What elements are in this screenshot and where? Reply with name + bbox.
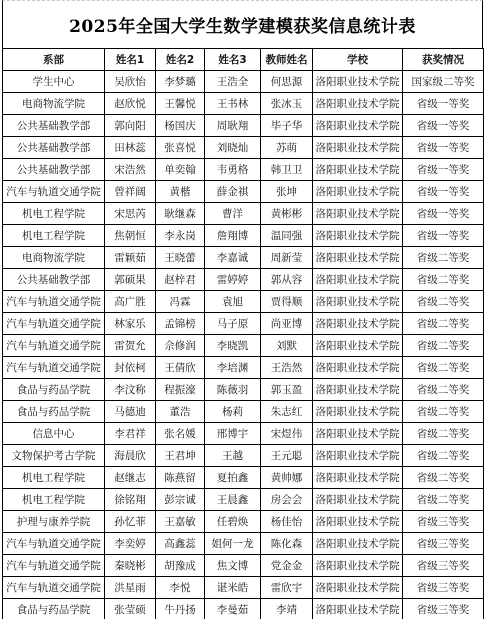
cell-teacher[interactable]: 党金金 [261,555,313,577]
cell-award[interactable]: 省级三等奖 [403,533,484,555]
cell-name1[interactable]: 林家乐 [105,313,156,335]
cell-name3[interactable]: 韦勇格 [205,159,261,181]
cell-dept[interactable]: 汽车与轨道交通学院 [3,577,105,599]
cell-name2[interactable]: 张名媛 [156,423,205,445]
cell-name2[interactable]: 高鑫蕊 [156,533,205,555]
cell-award[interactable]: 省级二等奖 [403,401,484,423]
cell-name1[interactable]: 李君祥 [105,423,156,445]
header-teacher[interactable]: 教师姓名 [261,49,313,71]
cell-name2[interactable]: 董浩 [156,401,205,423]
cell-name3[interactable]: 李曼茹 [205,599,261,619]
cell-school[interactable]: 洛阳职业技术学院 [313,489,403,511]
cell-name2[interactable]: 单奕翰 [156,159,205,181]
table-body: 学生中心吴欣怡李梦璐王浩全何思源洛阳职业技术学院国家级二等奖电商物流学院赵欣悦王… [3,71,484,619]
cell-teacher[interactable]: 苏萌 [261,137,313,159]
cell-award[interactable]: 省级二等奖 [403,291,484,313]
cell-dept[interactable]: 汽车与轨道交通学院 [3,291,105,313]
cell-dept[interactable]: 公共基础教学部 [3,137,105,159]
cell-school[interactable]: 洛阳职业技术学院 [313,159,403,181]
cell-teacher[interactable]: 刘默 [261,335,313,357]
cell-school[interactable]: 洛阳职业技术学院 [313,599,403,619]
table-row: 电商物流学院雷颖茹王晓蕾李嘉诚周新莹洛阳职业技术学院省级二等奖 [3,247,484,269]
cell-award[interactable]: 省级一等奖 [403,137,484,159]
table-row: 汽车与轨道交通学院林家乐孟锦榜马子原尚亚博洛阳职业技术学院省级二等奖 [3,313,484,335]
header-school[interactable]: 学校 [313,49,403,71]
table-row: 机电工程学院赵继志陈燕留夏拍鑫黄帅娜洛阳职业技术学院省级二等奖 [3,467,484,489]
title-cell[interactable]: 2025年全国大学生数学建模获奖信息统计表 [2,0,483,48]
cell-school[interactable]: 洛阳职业技术学院 [313,379,403,401]
cell-name3[interactable]: 王浩全 [205,71,261,93]
cell-name3[interactable]: 王晨鑫 [205,489,261,511]
cell-school[interactable]: 洛阳职业技术学院 [313,511,403,533]
cell-name1[interactable]: 宋浩然 [105,159,156,181]
cell-teacher[interactable]: 雷欣宇 [261,577,313,599]
cell-dept[interactable]: 公共基础教学部 [3,269,105,291]
table-row: 汽车与轨道交通学院秦晓彬胡豫成焦文博党金金洛阳职业技术学院省级三等奖 [3,555,484,577]
cell-name1[interactable]: 赵继志 [105,467,156,489]
cell-name1[interactable]: 雷颖茹 [105,247,156,269]
cell-dept[interactable]: 汽车与轨道交通学院 [3,357,105,379]
cell-name3[interactable]: 邢博宇 [205,423,261,445]
cell-name1[interactable]: 李奕婷 [105,533,156,555]
cell-school[interactable]: 洛阳职业技术学院 [313,313,403,335]
cell-award[interactable]: 省级二等奖 [403,357,484,379]
table-row: 汽车与轨道交通学院曾祥阔黄楷薛金祺张坤洛阳职业技术学院省级一等奖 [3,181,484,203]
cell-award[interactable]: 省级三等奖 [403,599,484,619]
cell-dept[interactable]: 汽车与轨道交通学院 [3,555,105,577]
cell-name3[interactable]: 马子原 [205,313,261,335]
table-row: 汽车与轨道交通学院洪星雨李悦谌米皓雷欣宇洛阳职业技术学院省级三等奖 [3,577,484,599]
cell-name2[interactable]: 王倩欣 [156,357,205,379]
cell-name1[interactable]: 张莹硕 [105,599,156,619]
cell-name2[interactable]: 王君坤 [156,445,205,467]
cell-name2[interactable]: 杨国庆 [156,115,205,137]
cell-teacher[interactable]: 陈化森 [261,533,313,555]
cell-award[interactable]: 省级一等奖 [403,159,484,181]
table-row: 食品与药品学院马德迪董浩杨莉朱志红洛阳职业技术学院省级二等奖 [3,401,484,423]
cell-name3[interactable]: 薛金祺 [205,181,261,203]
cell-award[interactable]: 省级三等奖 [403,577,484,599]
cell-name1[interactable]: 海晨欣 [105,445,156,467]
header-row: 系部 姓名1 姓名2 姓名3 教师姓名 学校 获奖情况 [3,49,484,71]
cell-name1[interactable]: 田林蕊 [105,137,156,159]
cell-name3[interactable]: 周耿翔 [205,115,261,137]
cell-teacher[interactable]: 何思源 [261,71,313,93]
cell-dept[interactable]: 公共基础教学部 [3,159,105,181]
cell-name3[interactable]: 任碧焕 [205,511,261,533]
cell-school[interactable]: 洛阳职业技术学院 [313,401,403,423]
header-name2[interactable]: 姓名2 [156,49,205,71]
cell-teacher[interactable]: 黄彬彬 [261,203,313,225]
table-row: 文物保护考古学院海晨欣王君坤王越王元聪洛阳职业技术学院省级二等奖 [3,445,484,467]
cell-award[interactable]: 省级三等奖 [403,555,484,577]
cell-name2[interactable]: 李梦璐 [156,71,205,93]
table-row: 护理与康养学院孙忆菲王嘉敏任碧焕杨佳怡洛阳职业技术学院省级三等奖 [3,511,484,533]
table-row: 学生中心吴欣怡李梦璐王浩全何思源洛阳职业技术学院国家级二等奖 [3,71,484,93]
cell-dept[interactable]: 机电工程学院 [3,489,105,511]
cell-school[interactable]: 洛阳职业技术学院 [313,467,403,489]
table-row: 机电工程学院徐铭翔彭宗诚王晨鑫房会会洛阳职业技术学院省级二等奖 [3,489,484,511]
cell-name1[interactable]: 封依柯 [105,357,156,379]
cell-name1[interactable]: 郭硕果 [105,269,156,291]
cell-dept[interactable]: 机电工程学院 [3,203,105,225]
cell-award[interactable]: 省级三等奖 [403,511,484,533]
cell-name3[interactable]: 杨莉 [205,401,261,423]
cell-dept[interactable]: 汽车与轨道交通学院 [3,313,105,335]
cell-teacher[interactable]: 房会会 [261,489,313,511]
header-name3[interactable]: 姓名3 [205,49,261,71]
cell-name1[interactable]: 吴欣怡 [105,71,156,93]
cell-school[interactable]: 洛阳职业技术学院 [313,247,403,269]
table-row: 汽车与轨道交通学院封依柯王倩欣李培渊王浩然洛阳职业技术学院省级二等奖 [3,357,484,379]
cell-name1[interactable]: 赵欣悦 [105,93,156,115]
cell-name3[interactable]: 陈薇羽 [205,379,261,401]
cell-name2[interactable]: 陈燕留 [156,467,205,489]
cell-award[interactable]: 省级一等奖 [403,181,484,203]
cell-school[interactable]: 洛阳职业技术学院 [313,203,403,225]
cell-school[interactable]: 洛阳职业技术学院 [313,269,403,291]
cell-school[interactable]: 洛阳职业技术学院 [313,577,403,599]
cell-name2[interactable]: 程振濠 [156,379,205,401]
cell-school[interactable]: 洛阳职业技术学院 [313,533,403,555]
table-row: 机电工程学院焦朝恒李永岗詹翔博温同强洛阳职业技术学院省级一等奖 [3,225,484,247]
cell-name3[interactable]: 雷婷婷 [205,269,261,291]
cell-award[interactable]: 省级一等奖 [403,225,484,247]
cell-name3[interactable]: 姐何一龙 [205,533,261,555]
cell-teacher[interactable]: 张坤 [261,181,313,203]
cell-teacher[interactable]: 周新莹 [261,247,313,269]
cell-name1[interactable]: 孙忆菲 [105,511,156,533]
cell-name3[interactable]: 袁旭 [205,291,261,313]
cell-teacher[interactable]: 王元聪 [261,445,313,467]
cell-school[interactable]: 洛阳职业技术学院 [313,137,403,159]
table-row: 公共基础教学部宋浩然单奕翰韦勇格韩卫卫洛阳职业技术学院省级一等奖 [3,159,484,181]
cell-name1[interactable]: 高广胜 [105,291,156,313]
cell-award[interactable]: 省级二等奖 [403,247,484,269]
cell-name1[interactable]: 焦朝恒 [105,225,156,247]
cell-school[interactable]: 洛阳职业技术学院 [313,71,403,93]
cell-name2[interactable]: 彭宗诚 [156,489,205,511]
cell-name2[interactable]: 牛丹扬 [156,599,205,619]
cell-name2[interactable]: 佘修润 [156,335,205,357]
cell-school[interactable]: 洛阳职业技术学院 [313,93,403,115]
table-row: 汽车与轨道交通学院高广胜冯霖袁旭贾得顺洛阳职业技术学院省级二等奖 [3,291,484,313]
cell-teacher[interactable]: 朱志红 [261,401,313,423]
cell-name2[interactable]: 黄楷 [156,181,205,203]
cell-school[interactable]: 洛阳职业技术学院 [313,357,403,379]
table-row: 信息中心李君祥张名媛邢博宇宋煜伟洛阳职业技术学院省级二等奖 [3,423,484,445]
cell-dept[interactable]: 食品与药品学院 [3,379,105,401]
cell-name1[interactable]: 李汶称 [105,379,156,401]
cell-name3[interactable]: 谌米皓 [205,577,261,599]
cell-school[interactable]: 洛阳职业技术学院 [313,225,403,247]
header-dept[interactable]: 系部 [3,49,105,71]
cell-name3[interactable]: 詹翔博 [205,225,261,247]
table-row: 食品与药品学院张莹硕牛丹扬李曼茹李靖洛阳职业技术学院省级三等奖 [3,599,484,619]
cell-dept[interactable]: 文物保护考古学院 [3,445,105,467]
cell-name3[interactable]: 李晓凯 [205,335,261,357]
cell-school[interactable]: 洛阳职业技术学院 [313,555,403,577]
cell-name2[interactable]: 耿继森 [156,203,205,225]
cell-name3[interactable]: 焦文博 [205,555,261,577]
cell-school[interactable]: 洛阳职业技术学院 [313,115,403,137]
cell-name3[interactable]: 李培渊 [205,357,261,379]
cell-teacher[interactable]: 毕子华 [261,115,313,137]
cell-dept[interactable]: 食品与药品学院 [3,599,105,619]
cell-name3[interactable]: 曹洋 [205,203,261,225]
cell-award[interactable]: 省级一等奖 [403,93,484,115]
cell-name1[interactable]: 秦晓彬 [105,555,156,577]
cell-teacher[interactable]: 王浩然 [261,357,313,379]
cell-teacher[interactable]: 韩卫卫 [261,159,313,181]
cell-name2[interactable]: 张喜悦 [156,137,205,159]
table-row: 电商物流学院赵欣悦王馨悦王书林张冰玉洛阳职业技术学院省级一等奖 [3,93,484,115]
table-row: 机电工程学院宋思芮耿继森曹洋黄彬彬洛阳职业技术学院省级一等奖 [3,203,484,225]
cell-dept[interactable]: 学生中心 [3,71,105,93]
cell-name2[interactable]: 孟锦榜 [156,313,205,335]
header-award[interactable]: 获奖情况 [403,49,484,71]
cell-dept[interactable]: 机电工程学院 [3,225,105,247]
cell-teacher[interactable]: 温同强 [261,225,313,247]
cell-award[interactable]: 省级二等奖 [403,269,484,291]
cell-name2[interactable]: 冯霖 [156,291,205,313]
cell-award[interactable]: 省级二等奖 [403,423,484,445]
cell-dept[interactable]: 汽车与轨道交通学院 [3,533,105,555]
cell-name3[interactable]: 刘晓灿 [205,137,261,159]
cell-teacher[interactable]: 尚亚博 [261,313,313,335]
cell-name3[interactable]: 王书林 [205,93,261,115]
cell-name1[interactable]: 洪星雨 [105,577,156,599]
cell-teacher[interactable]: 张冰玉 [261,93,313,115]
cell-award[interactable]: 省级二等奖 [403,313,484,335]
cell-name1[interactable]: 郭向阳 [105,115,156,137]
cell-name1[interactable]: 宋思芮 [105,203,156,225]
cell-name2[interactable]: 李悦 [156,577,205,599]
cell-name2[interactable]: 王晓蕾 [156,247,205,269]
cell-teacher[interactable]: 李靖 [261,599,313,619]
table-row: 公共基础教学部郭硕果赵梓君雷婷婷郭从容洛阳职业技术学院省级二等奖 [3,269,484,291]
cell-award[interactable]: 省级一等奖 [403,115,484,137]
cell-name2[interactable]: 胡豫成 [156,555,205,577]
cell-dept[interactable]: 信息中心 [3,423,105,445]
cell-dept[interactable]: 机电工程学院 [3,467,105,489]
cell-award[interactable]: 国家级二等奖 [403,71,484,93]
cell-dept[interactable]: 公共基础教学部 [3,115,105,137]
table-row: 汽车与轨道交通学院李奕婷高鑫蕊姐何一龙陈化森洛阳职业技术学院省级三等奖 [3,533,484,555]
table-row: 公共基础教学部田林蕊张喜悦刘晓灿苏萌洛阳职业技术学院省级一等奖 [3,137,484,159]
cell-school[interactable]: 洛阳职业技术学院 [313,445,403,467]
spreadsheet: 2025年全国大学生数学建模获奖信息统计表 系部 姓名1 姓名2 姓名3 教师姓… [2,0,483,619]
cell-teacher[interactable]: 杨佳怡 [261,511,313,533]
cell-name1[interactable]: 曾祥阔 [105,181,156,203]
cell-dept[interactable]: 汽车与轨道交通学院 [3,335,105,357]
header-name1[interactable]: 姓名1 [105,49,156,71]
cell-award[interactable]: 省级二等奖 [403,379,484,401]
table-row: 食品与药品学院李汶称程振濠陈薇羽郭玉盈洛阳职业技术学院省级二等奖 [3,379,484,401]
cell-dept[interactable]: 食品与药品学院 [3,401,105,423]
cell-award[interactable]: 省级二等奖 [403,445,484,467]
cell-teacher[interactable]: 郭玉盈 [261,379,313,401]
cell-name3[interactable]: 夏拍鑫 [205,467,261,489]
cell-dept[interactable]: 护理与康养学院 [3,511,105,533]
cell-dept[interactable]: 电商物流学院 [3,93,105,115]
cell-award[interactable]: 省级二等奖 [403,489,484,511]
award-table: 系部 姓名1 姓名2 姓名3 教师姓名 学校 获奖情况 学生中心吴欣怡李梦璐王浩… [2,48,484,619]
cell-name2[interactable]: 王嘉敏 [156,511,205,533]
cell-teacher[interactable]: 郭从容 [261,269,313,291]
cell-name3[interactable]: 王越 [205,445,261,467]
cell-school[interactable]: 洛阳职业技术学院 [313,181,403,203]
cell-school[interactable]: 洛阳职业技术学院 [313,335,403,357]
cell-dept[interactable]: 电商物流学院 [3,247,105,269]
cell-name2[interactable]: 赵梓君 [156,269,205,291]
cell-name1[interactable]: 徐铭翔 [105,489,156,511]
cell-teacher[interactable]: 贾得顺 [261,291,313,313]
cell-teacher[interactable]: 宋煜伟 [261,423,313,445]
cell-name2[interactable]: 李永岗 [156,225,205,247]
table-title: 2025年全国大学生数学建模获奖信息统计表 [69,12,416,37]
cell-award[interactable]: 省级二等奖 [403,467,484,489]
cell-name3[interactable]: 李嘉诚 [205,247,261,269]
cell-award[interactable]: 省级二等奖 [403,335,484,357]
cell-name2[interactable]: 王馨悦 [156,93,205,115]
cell-name1[interactable]: 雷贺允 [105,335,156,357]
table-row: 公共基础教学部郭向阳杨国庆周耿翔毕子华洛阳职业技术学院省级一等奖 [3,115,484,137]
cell-name1[interactable]: 马德迪 [105,401,156,423]
table-row: 汽车与轨道交通学院雷贺允佘修润李晓凯刘默洛阳职业技术学院省级二等奖 [3,335,484,357]
cell-teacher[interactable]: 黄帅娜 [261,467,313,489]
cell-award[interactable]: 省级一等奖 [403,203,484,225]
cell-dept[interactable]: 汽车与轨道交通学院 [3,181,105,203]
cell-school[interactable]: 洛阳职业技术学院 [313,291,403,313]
cell-school[interactable]: 洛阳职业技术学院 [313,423,403,445]
